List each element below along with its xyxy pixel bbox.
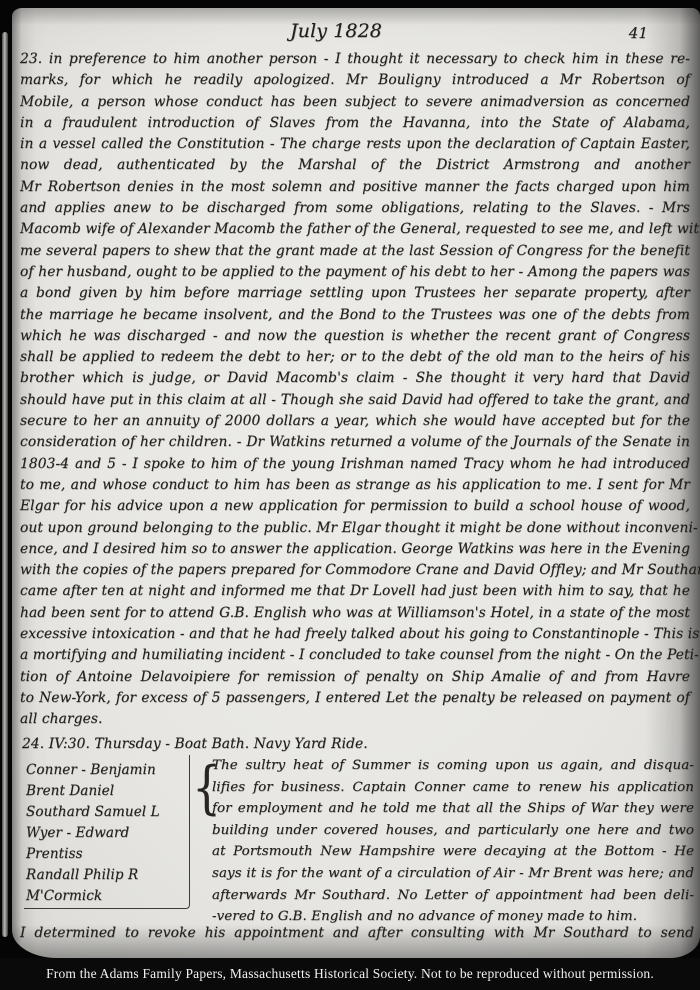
manuscript-line: out upon ground belonging to the public.… (20, 518, 690, 539)
margin-name: Randall Philip R (26, 865, 186, 886)
margin-name: Wyer - Edward (26, 823, 186, 844)
adjacent-page-edge (2, 32, 8, 937)
manuscript-line: and applies anew to be discharged from s… (20, 198, 690, 219)
manuscript-line: afterwards Mr Southard. No Letter of app… (212, 885, 694, 907)
manuscript-line: had been sent for to attend G.B. English… (20, 603, 690, 624)
manuscript-line: with the copies of the papers prepared f… (20, 560, 690, 581)
archive-caption: From the Adams Family Papers, Massachuse… (46, 966, 654, 982)
page-header-date: July 1828 (12, 20, 660, 42)
margin-name: Southard Samuel L (26, 802, 186, 823)
manuscript-line: me several papers to shew that the grant… (20, 241, 690, 262)
margin-name: M'Cormick (26, 886, 186, 907)
manuscript-line: tion of Antoine Delavoipiere for remissi… (20, 667, 690, 688)
manuscript-line: a bond given by him before marriage sett… (20, 283, 690, 304)
manuscript-line: should have put in this claim at all - T… (20, 390, 690, 411)
manuscript-line: Elgar for his advice upon a new applicat… (20, 496, 690, 517)
manuscript-line: in a fraudulent introduction of Slaves f… (20, 113, 690, 134)
manuscript-line: which he was discharged - and now the qu… (20, 326, 690, 347)
manuscript-line: the marriage he became insolvent, and th… (20, 305, 690, 326)
manuscript-line: of her husband, ought to be applied to t… (20, 262, 690, 283)
manuscript-page: July 1828 41 23. in preference to him an… (12, 8, 700, 958)
manuscript-line: excessive intoxication - and that he had… (20, 624, 690, 645)
manuscript-line: in a vessel called the Constitution - Th… (20, 134, 690, 155)
margin-name: Conner - Benjamin (26, 760, 186, 781)
manuscript-line: The sultry heat of Summer is coming upon… (212, 755, 694, 777)
closing-line: I determined to revoke his appointment a… (20, 925, 694, 941)
manuscript-line: says it is for the want of a circulation… (212, 863, 694, 885)
diary-entry-24-body: The sultry heat of Summer is coming upon… (212, 755, 694, 928)
manuscript-line: Mobile, a person whose conduct has been … (20, 92, 690, 113)
manuscript-line: to me, and whose conduct to him has been… (20, 475, 690, 496)
manuscript-line: ence, and I desired him so to answer the… (20, 539, 690, 560)
manuscript-line: secure to her an annuity of 2000 dollars… (20, 411, 690, 432)
manuscript-line: to New-York, for excess of 5 passengers,… (20, 688, 690, 709)
archive-caption-bar: From the Adams Family Papers, Massachuse… (0, 958, 700, 990)
manuscript-line: building under covered houses, and parti… (212, 820, 694, 842)
manuscript-line: Macomb wife of Alexander Macomb the fath… (20, 219, 690, 240)
margin-name: Brent Daniel (26, 781, 186, 802)
manuscript-line: marks, for which he readily apologized. … (20, 70, 690, 91)
manuscript-line: Mr Robertson denies in the most solemn a… (20, 177, 690, 198)
manuscript-line: a mortifying and humiliating incident - … (20, 645, 690, 666)
manuscript-line: came after ten at night and informed me … (20, 581, 690, 602)
manuscript-line: for employment and he told me that all t… (212, 798, 694, 820)
diary-entry-23: 23. in preference to him another person … (20, 49, 690, 731)
manuscript-line: lifies for business. Captain Conner came… (212, 777, 694, 799)
diary-entry-24-heading: 24. IV:30. Thursday - Boat Bath. Navy Ya… (22, 736, 368, 752)
manuscript-line: at Portsmouth New Hampshire were decayin… (212, 841, 694, 863)
manuscript-line: all charges. (20, 709, 690, 730)
manuscript-line: now dead, authenticated by the Marshal o… (20, 155, 690, 176)
manuscript-line: 23. in preference to him another person … (20, 49, 690, 70)
margin-names-list: Conner - BenjaminBrent DanielSouthard Sa… (26, 760, 186, 907)
manuscript-line: 1803-4 and 5 - I spoke to him of the you… (20, 454, 690, 475)
page-number: 41 (629, 24, 648, 42)
manuscript-line: shall be applied to redeem the debt to h… (20, 347, 690, 368)
manuscript-line: consideration of her children. - Dr Watk… (20, 432, 690, 453)
manuscript-scan: July 1828 41 23. in preference to him an… (0, 0, 700, 990)
manuscript-line: brother which is judge, or David Macomb'… (20, 368, 690, 389)
margin-name: Prentiss (26, 844, 186, 865)
